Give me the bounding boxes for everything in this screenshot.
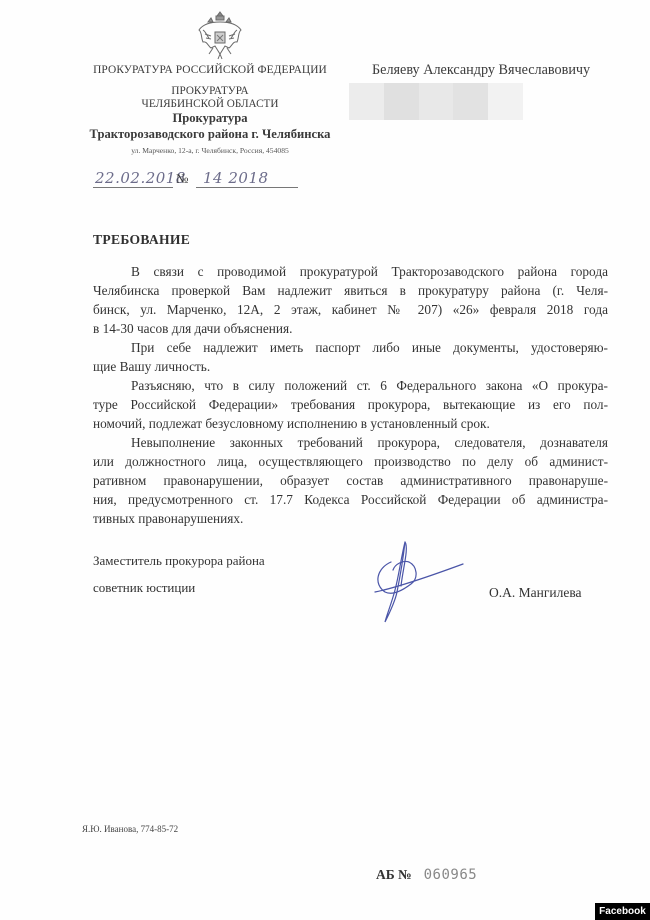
body-line: Разъясняю, что в силу положений ст. 6 Фе… bbox=[93, 376, 608, 395]
redacted-block bbox=[349, 83, 384, 120]
letterhead-district-line1: Прокуратура bbox=[85, 110, 335, 126]
executor-contact: Я.Ю. Иванова, 774-85-72 bbox=[82, 824, 178, 834]
russian-coat-of-arms-icon bbox=[193, 8, 247, 62]
addressee-name: Беляеву Александру Вячеславовичу bbox=[372, 62, 590, 79]
redacted-address-blur bbox=[349, 83, 523, 120]
serial-number: 060965 bbox=[424, 867, 478, 883]
body-line: номочий, подлежат безусловному исполнени… bbox=[93, 414, 608, 433]
letterhead-district: Прокуратура Тракторозаводского района г.… bbox=[85, 110, 335, 142]
number-underline bbox=[196, 187, 298, 188]
number-sign: № bbox=[176, 171, 189, 187]
serial-label: АБ № bbox=[376, 867, 412, 882]
form-serial-number: АБ № 060965 bbox=[376, 866, 477, 884]
date-underline bbox=[93, 187, 173, 188]
body-line: или должностного лица, осуществляющего п… bbox=[93, 452, 608, 471]
redacted-block bbox=[419, 83, 454, 120]
paragraph-summons: В связи с проводимой прокуратурой Тракто… bbox=[93, 262, 608, 338]
document-page: ПРОКУРАТУРА РОССИЙСКОЙ ФЕДЕРАЦИИ ПРОКУРА… bbox=[0, 0, 650, 920]
letterhead-federal: ПРОКУРАТУРА РОССИЙСКОЙ ФЕДЕРАЦИИ bbox=[85, 64, 335, 76]
body-line: щие Вашу личность. bbox=[93, 357, 608, 376]
body-line: В связи с проводимой прокуратурой Тракто… bbox=[93, 262, 608, 281]
body-line: в 14-30 часов для дачи объяснения. bbox=[93, 319, 608, 338]
signatory-position-line1: Заместитель прокурора района bbox=[93, 547, 265, 574]
signatory-rank: советник юстиции bbox=[93, 574, 265, 601]
handwritten-signature-icon bbox=[365, 540, 475, 625]
letterhead-address: ул. Марченко, 12-а, г. Челябинск, Россия… bbox=[85, 146, 335, 155]
redacted-block bbox=[453, 83, 488, 120]
body-line: ративном правонарушении, образует состав… bbox=[93, 471, 608, 490]
letterhead-district-line2: Тракторозаводского района г. Челябинска bbox=[85, 126, 335, 142]
letterhead-regional-line2: ЧЕЛЯБИНСКОЙ ОБЛАСТИ bbox=[85, 98, 335, 111]
body-line: туре Российской Федерации» требования пр… bbox=[93, 395, 608, 414]
redacted-block bbox=[488, 83, 523, 120]
paragraph-documents: При себе надлежит иметь паспорт либо ины… bbox=[93, 338, 608, 376]
body-line: бинск, ул. Марченко, 12А, 2 этаж, кабине… bbox=[93, 300, 608, 319]
handwritten-date: 22.02.2018 bbox=[95, 169, 186, 187]
body-line: Челябинска проверкой Вам надлежит явитьс… bbox=[93, 281, 608, 300]
document-title: ТРЕБОВАНИЕ bbox=[93, 232, 190, 248]
reference-date-number: 22.02.2018 № 14 2018 bbox=[93, 168, 298, 190]
body-line: При себе надлежит иметь паспорт либо ины… bbox=[93, 338, 608, 357]
signer-name: О.А. Мангилева bbox=[489, 585, 582, 601]
body-line: тивных правонарушениях. bbox=[93, 509, 608, 528]
body-line: Невыполнение законных требований прокуро… bbox=[93, 433, 608, 452]
document-body: В связи с проводимой прокуратурой Тракто… bbox=[93, 262, 608, 528]
paragraph-liability: Невыполнение законных требований прокуро… bbox=[93, 433, 608, 528]
body-line: ния, предусмотренного ст. 17.7 Кодекса Р… bbox=[93, 490, 608, 509]
letterhead-regional-line1: ПРОКУРАТУРА bbox=[85, 85, 335, 98]
source-badge: Facebook bbox=[595, 903, 650, 920]
handwritten-number: 14 2018 bbox=[203, 169, 269, 187]
paragraph-legal-basis: Разъясняю, что в силу положений ст. 6 Фе… bbox=[93, 376, 608, 433]
signatory-position: Заместитель прокурора района советник юс… bbox=[93, 547, 265, 601]
letterhead-regional: ПРОКУРАТУРА ЧЕЛЯБИНСКОЙ ОБЛАСТИ bbox=[85, 85, 335, 110]
redacted-block bbox=[384, 83, 419, 120]
